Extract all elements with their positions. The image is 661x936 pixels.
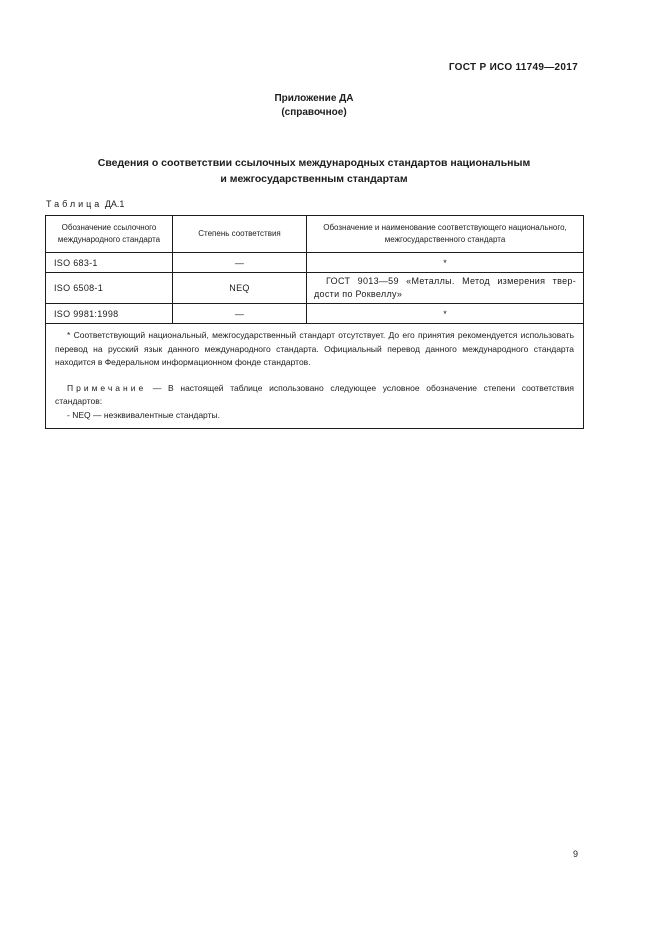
document-page: ГОСТ Р ИСО 11749—2017 Приложение ДА (спр…: [0, 0, 661, 936]
table-caption-number: ДА.1: [105, 199, 125, 209]
section-title-line-1: Сведения о соответствии ссылочных междун…: [30, 155, 598, 171]
table-footer-cell: * Соответствующий национальный, межгосуд…: [46, 324, 584, 429]
cell-degree: —: [173, 304, 307, 324]
standards-correspondence-table: Обозначение ссылочного международного ст…: [45, 215, 584, 429]
table-caption: Таблица ДА.1: [46, 199, 124, 209]
cell-match-line-2: дости по Роквеллу»: [314, 288, 576, 301]
cell-match-line-1: ГОСТ 9013—59 «Металлы. Метод измерения т…: [314, 275, 576, 288]
annex-heading: Приложение ДА (справочное): [45, 92, 583, 120]
table-header: Обозначение ссылочного международного ст…: [46, 216, 584, 253]
standards-table-container: Обозначение ссылочного международного ст…: [45, 215, 583, 429]
cell-match: *: [307, 253, 584, 273]
table-body: ISO 683-1 — * ISO 6508-1 NEQ ГОСТ 9013—5…: [46, 253, 584, 429]
cell-degree: NEQ: [173, 273, 307, 304]
cell-standard: ISO 6508-1: [46, 273, 173, 304]
table-footnote: * Соответствующий национальный, межгосуд…: [55, 329, 574, 370]
document-reference: ГОСТ Р ИСО 11749—2017: [45, 62, 578, 73]
annex-kind: (справочное): [45, 106, 583, 120]
table-header-row: Обозначение ссылочного международного ст…: [46, 216, 584, 253]
cell-degree: —: [173, 253, 307, 273]
annex-title: Приложение ДА: [45, 92, 583, 106]
table-row: ISO 6508-1 NEQ ГОСТ 9013—59 «Металлы. Ме…: [46, 273, 584, 304]
cell-match: *: [307, 304, 584, 324]
table-row: ISO 9981:1998 — *: [46, 304, 584, 324]
header-degree-of-correspondence: Степень соответствия: [173, 216, 307, 253]
table-note: Примечание — В настоящей таблице использ…: [55, 382, 574, 409]
header-referenced-standard: Обозначение ссылочного международного ст…: [46, 216, 173, 253]
page-number: 9: [45, 849, 578, 859]
note-label: Примечание: [67, 383, 146, 393]
table-caption-word: Таблица: [46, 199, 102, 209]
table-footer-row: * Соответствующий национальный, межгосуд…: [46, 324, 584, 429]
table-row: ISO 683-1 — *: [46, 253, 584, 273]
header-national-standard: Обозначение и наименование соответствующ…: [307, 216, 584, 253]
cell-standard: ISO 683-1: [46, 253, 173, 273]
note-item-neq: - NEQ — неэквивалентные стандарты.: [67, 409, 574, 423]
section-title: Сведения о соответствии ссылочных междун…: [30, 155, 598, 187]
section-title-line-2: и межгосударственным стандартам: [30, 171, 598, 187]
cell-standard: ISO 9981:1998: [46, 304, 173, 324]
cell-match: ГОСТ 9013—59 «Металлы. Метод измерения т…: [307, 273, 584, 304]
